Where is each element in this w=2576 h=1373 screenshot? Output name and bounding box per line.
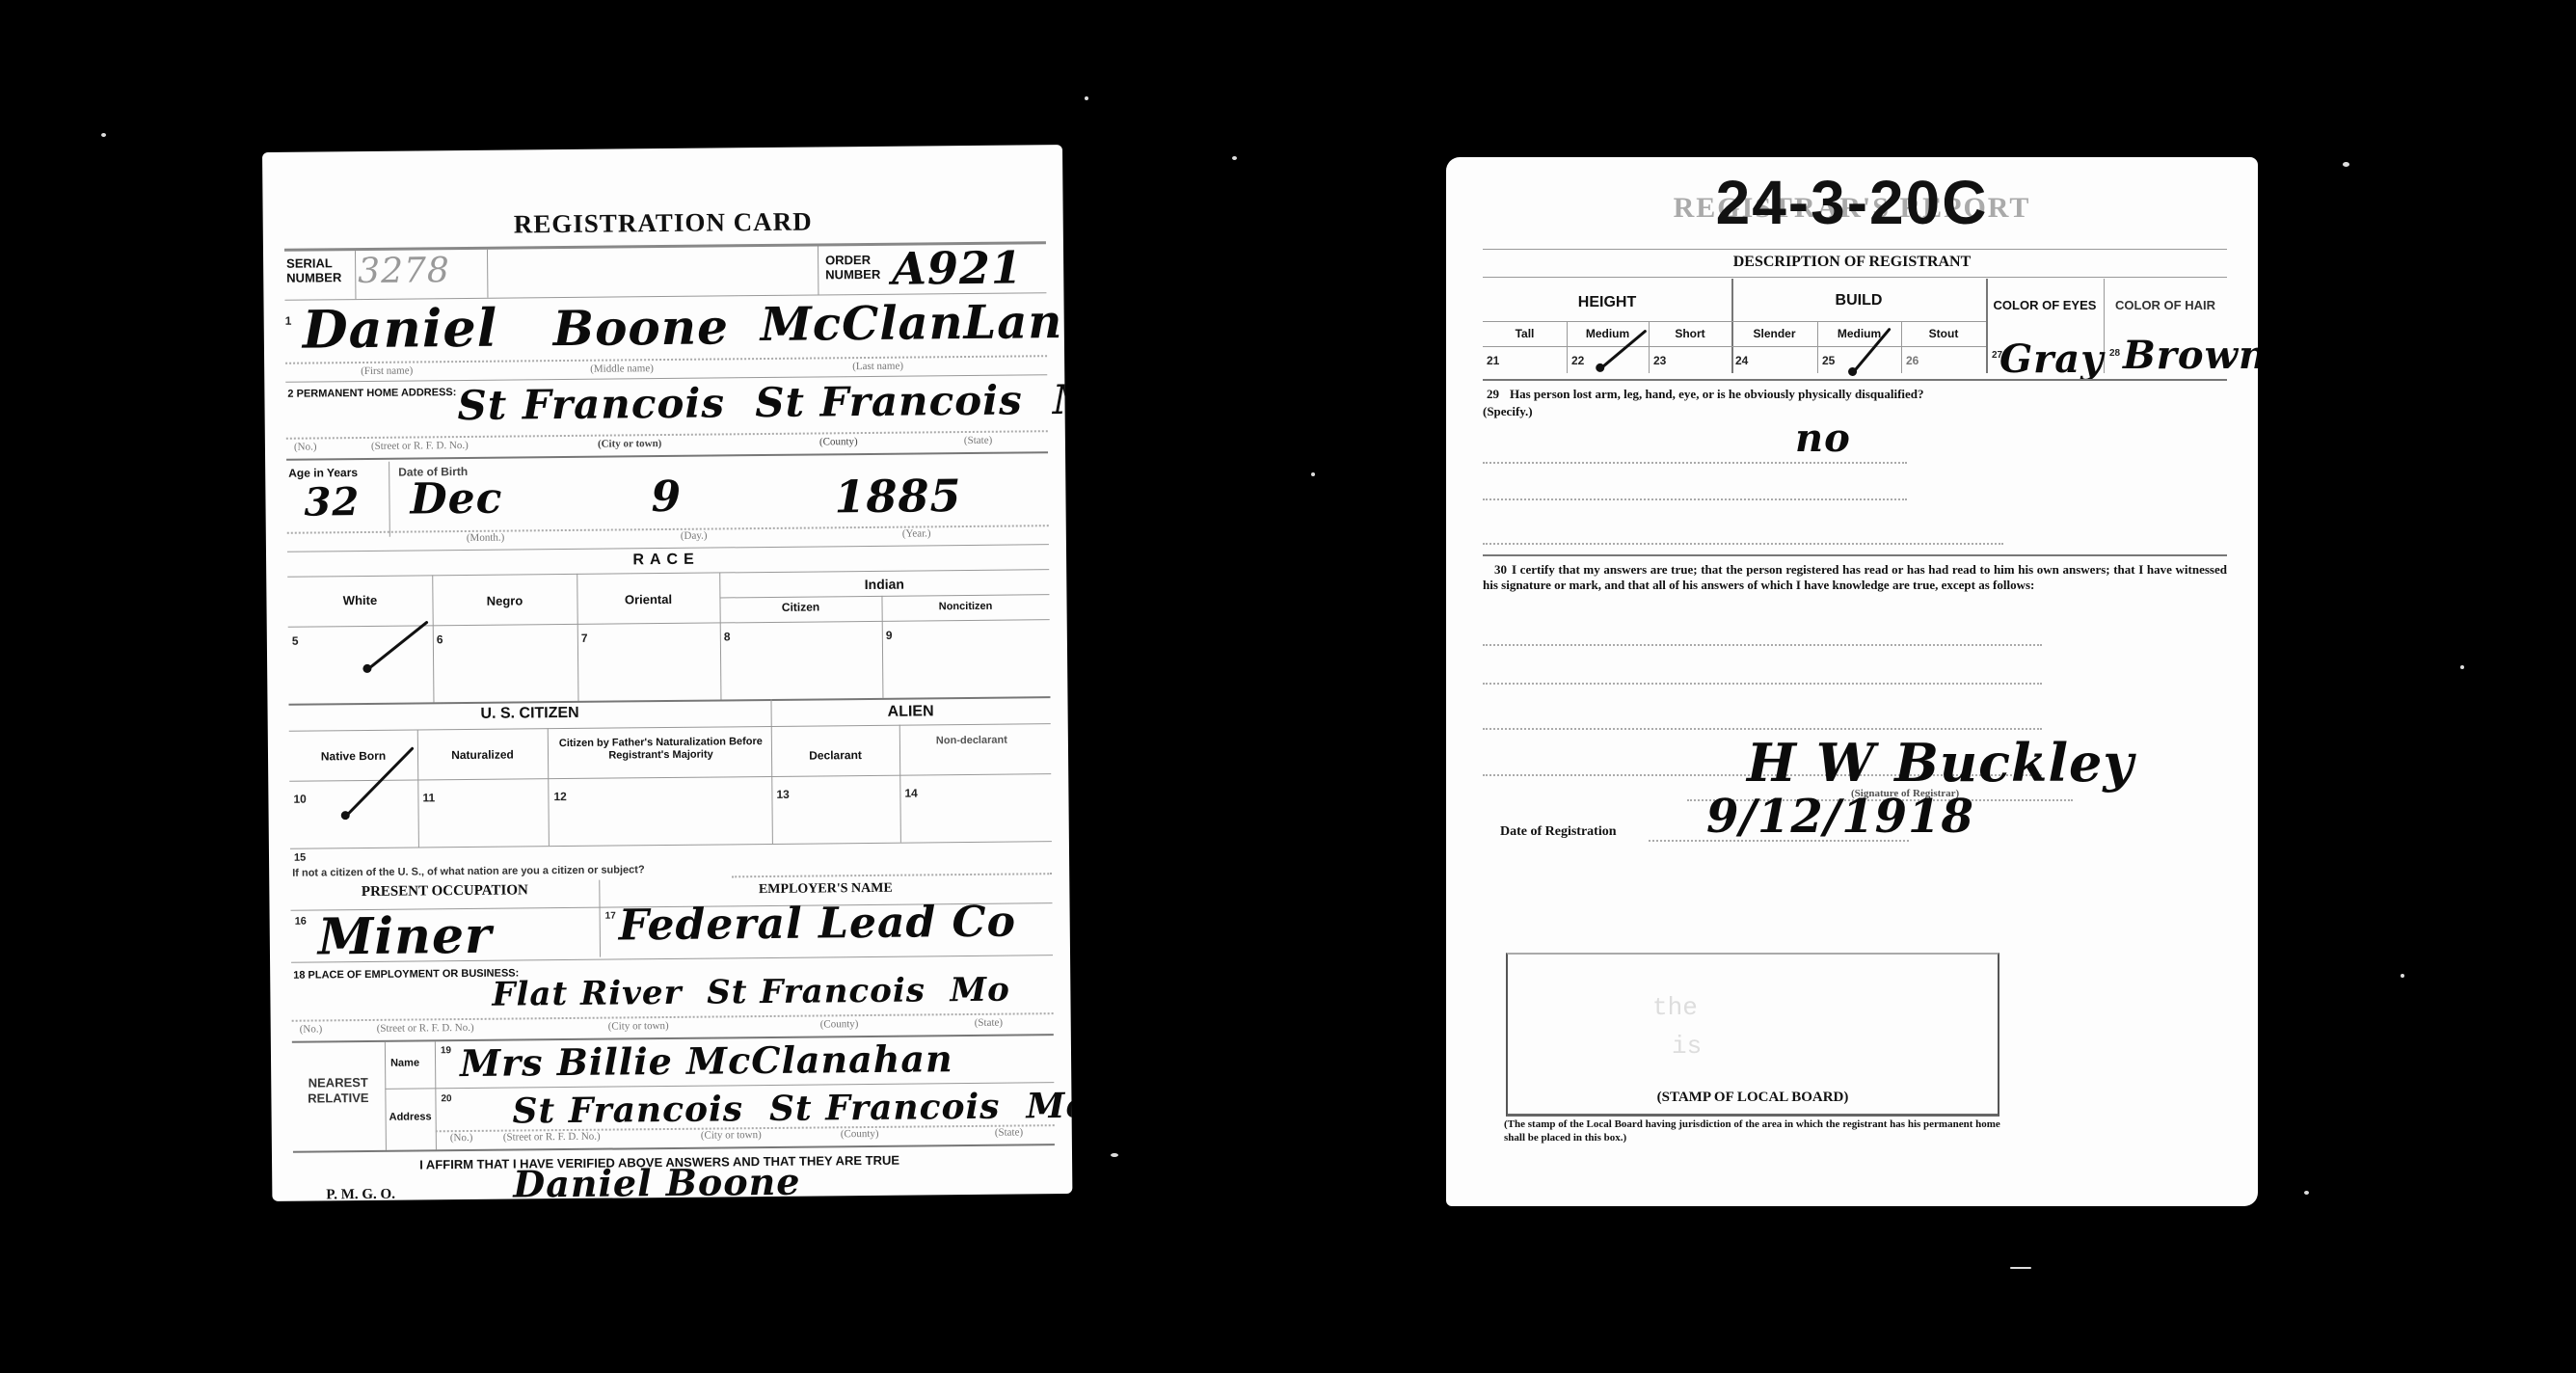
stamped-number: 24-3-20C <box>1446 167 2258 238</box>
divider <box>1483 277 2227 278</box>
field-number: 22 <box>1571 354 1584 367</box>
hair-color-value: Brown <box>2123 333 2258 378</box>
age-label: Age in Years <box>288 466 358 480</box>
dob-caption-year: (Year.) <box>902 527 931 539</box>
registration-date-label: Date of Registration <box>1500 824 1617 840</box>
divider <box>732 873 1052 877</box>
field-number: 1 <box>285 314 292 328</box>
relative-caption-state: (State) <box>995 1126 1023 1138</box>
citizen-by-father-label: Citizen by Father's Naturalization Befor… <box>557 736 765 763</box>
divider <box>1986 279 1988 373</box>
divider <box>1483 644 2042 646</box>
local-board-stamp-box: the is (STAMP OF LOCAL BOARD) <box>1506 953 1999 1117</box>
field-number: 7 <box>581 632 588 645</box>
height-heading: HEIGHT <box>1483 294 1731 311</box>
divider <box>1483 728 2042 730</box>
order-number-value: A921 <box>892 241 1023 294</box>
address-caption-no: (No.) <box>294 441 317 452</box>
dob-year-value: 1885 <box>834 470 962 523</box>
place-caption-city: (City or town) <box>608 1020 669 1033</box>
divider <box>385 1042 387 1150</box>
field-number: 8 <box>724 630 731 643</box>
field-number: 13 <box>776 788 789 801</box>
form-code: P. M. G. O. <box>326 1187 395 1201</box>
first-name-caption: (First name) <box>361 365 413 378</box>
nearest-relative-label: NEAREST RELATIVE <box>292 1075 384 1107</box>
non-declarant-label: Non-declarant <box>924 733 1020 747</box>
employer-value: Federal Lead Co <box>618 898 1016 951</box>
divider <box>548 728 550 846</box>
divider <box>1483 321 1986 322</box>
registrant-signature: Daniel Boone McClanahan <box>513 1157 1072 1201</box>
order-number-label: ORDER NUMBER <box>825 253 893 283</box>
place-caption-state: (State) <box>975 1017 1003 1029</box>
divider <box>719 594 1049 598</box>
registration-date-value: 9/12/1918 <box>1706 790 1974 844</box>
field-number: 28 <box>2109 348 2120 359</box>
relative-name-value: Mrs Billie McClanahan <box>460 1036 953 1085</box>
eye-color-value: Gray <box>1999 337 2104 382</box>
divider <box>435 1041 437 1149</box>
divider <box>1483 346 1986 347</box>
stamp-label: (STAMP OF LOCAL BOARD) <box>1508 1090 1998 1106</box>
registration-card-back: REGISTRAR'S REPORT 24-3-20C DESCRIPTION … <box>1446 157 2258 1206</box>
field-number: 14 <box>904 787 917 800</box>
q30-text: I certify that my answers are true; that… <box>1483 562 2227 593</box>
registrar-signature: H W Buckley <box>1747 732 2134 794</box>
last-name-value: McClanLan <box>760 295 1062 352</box>
divider <box>292 1012 1054 1022</box>
race-white-label: White <box>287 592 432 607</box>
address-caption-street: (Street or R. F. D. No.) <box>371 440 469 452</box>
background-speck <box>1311 472 1315 476</box>
field-number: 26 <box>1906 354 1919 367</box>
divider <box>417 729 419 847</box>
address-caption-city: (City or town) <box>598 438 662 450</box>
over-label: (OVER) <box>966 1200 1004 1201</box>
divider <box>487 250 488 298</box>
address-caption-state: (State) <box>964 435 992 446</box>
divider <box>289 773 1051 782</box>
declarant-label: Declarant <box>771 748 899 763</box>
field-number: 21 <box>1487 354 1499 367</box>
stamp-note: (The stamp of the Local Board having jur… <box>1504 1117 2005 1144</box>
q29-specify: (Specify.) <box>1483 404 1533 419</box>
age-value: 32 <box>304 479 360 525</box>
background-speck <box>1085 96 1088 100</box>
race-indian-citizen-label: Citizen <box>719 600 881 615</box>
height-short-label: Short <box>1649 327 1731 340</box>
divider <box>290 841 1052 849</box>
field-number: 10 <box>293 793 306 806</box>
stamp-faint-text: the <box>1652 993 1698 1022</box>
field-number: 12 <box>553 790 566 803</box>
address-caption-county: (County) <box>819 436 858 447</box>
stamp-faint-text: is <box>1672 1032 1702 1061</box>
background-speck <box>2401 974 2404 978</box>
occupation-value: Miner <box>318 906 493 967</box>
build-stout-label: Stout <box>1901 327 1986 340</box>
divider <box>287 525 1049 534</box>
field-number: 15 <box>294 852 306 864</box>
field15-question: If not a citizen of the U. S., of what n… <box>292 864 645 879</box>
divider <box>818 246 818 294</box>
place-caption-county: (County) <box>820 1018 859 1030</box>
field-number: 24 <box>1735 354 1748 367</box>
background-speck <box>2343 162 2349 167</box>
field-number: 6 <box>437 633 443 646</box>
race-white-checkmark[interactable] <box>366 620 428 670</box>
race-negro-label: Negro <box>432 593 577 608</box>
divider <box>389 462 390 537</box>
field-number: 17 <box>605 911 616 922</box>
employer-label: EMPLOYER'S NAME <box>599 879 1052 900</box>
q29-number: 29 <box>1487 387 1499 402</box>
dob-caption-month: (Month.) <box>467 532 505 544</box>
q29-text: Has person lost arm, leg, hand, eye, or … <box>1510 387 2242 402</box>
occupation-label: PRESENT OCCUPATION <box>290 882 599 902</box>
registration-card-front: REGISTRATION CARD SERIAL NUMBER 3278 ORD… <box>262 145 1072 1201</box>
background-speck <box>2460 665 2464 669</box>
serial-number-value: 3278 <box>358 251 450 291</box>
divider <box>1483 554 2227 556</box>
divider <box>355 251 356 299</box>
build-slender-label: Slender <box>1731 327 1817 340</box>
field-number: 23 <box>1653 354 1666 367</box>
divider <box>289 723 1051 732</box>
place-of-employment-label: 18 PLACE OF EMPLOYMENT OR BUSINESS: <box>293 967 519 981</box>
alien-heading: ALIEN <box>771 702 1051 722</box>
race-indian-heading: Indian <box>719 575 1049 593</box>
background-speck <box>1232 156 1237 160</box>
field-number: 20 <box>441 1093 451 1104</box>
divider <box>1483 379 2227 381</box>
field-number: 16 <box>295 916 307 928</box>
last-name-caption: (Last name) <box>852 361 903 373</box>
race-heading: RACE <box>266 548 1066 573</box>
divider <box>288 619 1050 628</box>
middle-name-caption: (Middle name) <box>590 363 654 375</box>
relative-caption-no: (No.) <box>450 1132 473 1144</box>
us-citizen-heading: U. S. CITIZEN <box>289 703 771 725</box>
relative-caption-city: (City or town) <box>701 1129 762 1142</box>
q29-answer: no <box>1795 416 1851 461</box>
build-heading: BUILD <box>1731 292 1986 310</box>
divider <box>1483 498 1907 500</box>
field-number: 19 <box>441 1045 451 1056</box>
divider <box>286 430 1048 440</box>
card-title: REGISTRATION CARD <box>263 204 1063 242</box>
place-caption-street: (Street or R. F. D. No.) <box>377 1022 474 1035</box>
place-caption-no: (No.) <box>300 1023 323 1035</box>
race-oriental-label: Oriental <box>577 591 719 606</box>
divider <box>1483 683 2042 685</box>
background-speck <box>1111 1153 1118 1157</box>
background-speck <box>2304 1191 2309 1195</box>
home-address-value: St Francois St Francois Mo <box>457 375 1072 429</box>
naturalized-label: Naturalized <box>417 747 548 762</box>
height-tall-label: Tall <box>1483 327 1567 340</box>
field-number: 9 <box>886 629 893 642</box>
dob-day-value: 9 <box>651 472 682 522</box>
home-address-label: 2 PERMANENT HOME ADDRESS: <box>287 387 456 400</box>
divider <box>1649 840 1909 842</box>
hair-color-label: COLOR OF HAIR <box>2104 298 2227 312</box>
race-indian-noncitizen-label: Noncitizen <box>882 600 1050 613</box>
field-number: 5 <box>292 634 299 648</box>
divider <box>286 451 1048 461</box>
field-number: 11 <box>422 791 435 804</box>
divider <box>1483 249 2227 250</box>
divider <box>1483 462 1907 464</box>
relative-name-label: Name <box>390 1057 419 1068</box>
serial-number-label: SERIAL NUMBER <box>286 256 354 285</box>
background-speck <box>2010 1267 2031 1269</box>
relative-address-label: Address <box>389 1111 432 1122</box>
field-number: 25 <box>1822 354 1835 367</box>
divider <box>1483 543 2003 545</box>
dob-caption-day: (Day.) <box>681 530 708 542</box>
dob-month-value: Dec <box>410 474 502 525</box>
eye-color-label: COLOR OF EYES <box>1986 298 2104 312</box>
description-heading: DESCRIPTION OF REGISTRANT <box>1446 254 2258 271</box>
first-name-value: Daniel <box>302 297 497 361</box>
relative-caption-county: (County) <box>841 1128 879 1140</box>
relative-caption-street: (Street or R. F. D. No.) <box>503 1131 601 1144</box>
middle-name-value: Boone <box>552 298 729 357</box>
divider <box>899 725 901 843</box>
place-of-employment-value: Flat River St Francois Mo <box>492 971 1010 1014</box>
background-speck <box>101 133 106 137</box>
